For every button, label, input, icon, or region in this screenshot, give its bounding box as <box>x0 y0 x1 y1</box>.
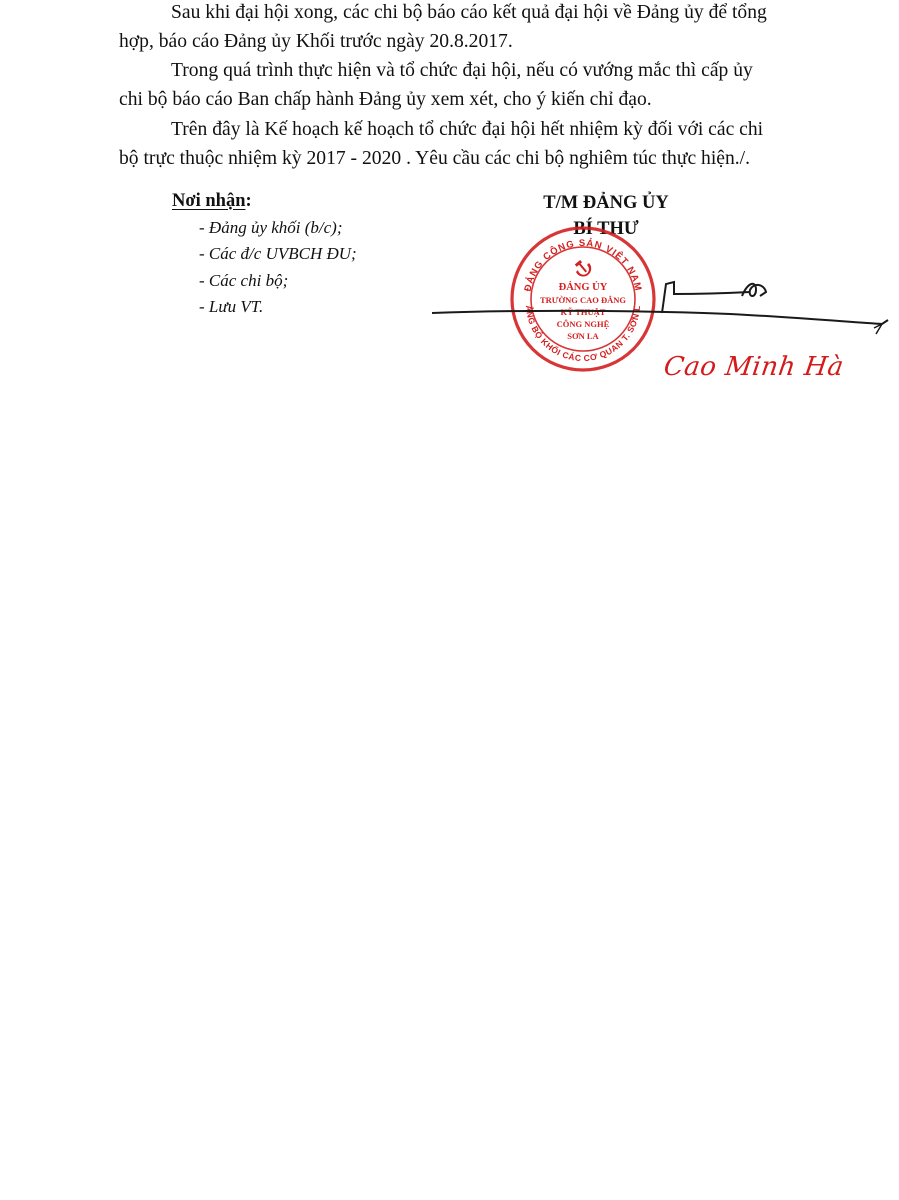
recipients-list: Nơi nhận: - Đảng ủy khối (b/c); - Các đ/… <box>172 188 357 321</box>
paragraph-line: hợp, báo cáo Đảng ủy Khối trước ngày 20.… <box>119 27 828 56</box>
recipient-item: - Đảng ủy khối (b/c); <box>172 215 357 242</box>
document-page: Sau khi đại hội xong, các chi bộ báo cáo… <box>0 0 899 1200</box>
paragraph-report-results: Sau khi đại hội xong, các chi bộ báo cáo… <box>119 0 828 56</box>
paragraph-line: chi bộ báo cáo Ban chấp hành Đảng ủy xem… <box>119 85 828 114</box>
paragraph-line: Trong quá trình thực hiện và tổ chức đại… <box>119 56 828 85</box>
recipient-item: - Lưu VT. <box>172 294 357 321</box>
on-behalf-label: T/M ĐẢNG ỦY <box>520 190 692 216</box>
paragraph-line: bộ trực thuộc nhiệm kỳ 2017 - 2020 . Yêu… <box>119 144 828 173</box>
paragraph-conclusion: Trên đây là Kế hoạch kế hoạch tổ chức đạ… <box>119 115 828 173</box>
recipients-heading: Nơi nhận: <box>172 188 357 215</box>
recipient-item: - Các chi bộ; <box>172 268 357 295</box>
signer-name: Cao Minh Hà <box>662 352 846 382</box>
paragraph-line: Trên đây là Kế hoạch kế hoạch tổ chức đạ… <box>119 115 828 144</box>
recipient-item: - Các đ/c UVBCH ĐU; <box>172 241 357 268</box>
paragraph-issues: Trong quá trình thực hiện và tổ chức đại… <box>119 56 828 114</box>
paragraph-line: Sau khi đại hội xong, các chi bộ báo cáo… <box>119 0 828 27</box>
handwritten-signature-icon <box>430 260 890 340</box>
